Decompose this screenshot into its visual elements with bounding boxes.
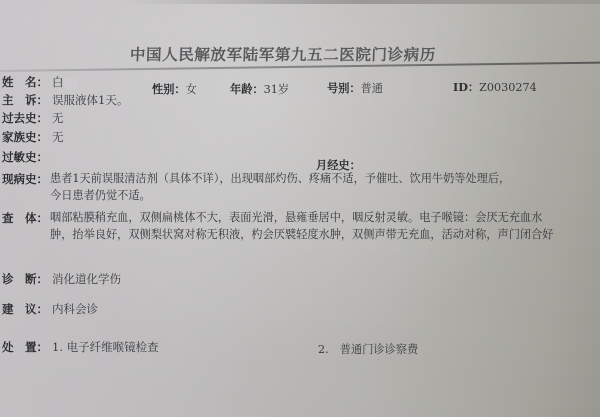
registration-type-field: 号别：普通 (327, 80, 383, 96)
disposition-item-1: 1. 电子纤维喉镜检查 (52, 340, 159, 354)
advice-row: 建 议：内科会诊 (2, 302, 98, 317)
id-label: ID： (453, 80, 479, 94)
past-history-row: 过去史：无 (2, 111, 64, 126)
sex-value: 女 (186, 83, 197, 96)
id-value: Z0030274 (479, 81, 537, 94)
name-redaction (64, 78, 78, 89)
document-title: 中国人民解放军陆军第九五二医院门诊病历 (130, 43, 491, 65)
disposition-label: 处 置： (2, 340, 52, 355)
disposition-row: 处 置：1. 电子纤维喉镜检查 (2, 340, 159, 355)
sex-label: 性别： (152, 82, 186, 96)
disposition-item-2-field: 2. 普通门诊诊察费 (318, 341, 418, 357)
diagnosis-value: 消化道化学伤 (52, 272, 121, 286)
advice-label: 建 议： (2, 302, 52, 317)
past-history-label: 过去史： (2, 111, 52, 126)
registration-type-value: 普通 (361, 82, 383, 95)
family-history-value: 无 (52, 130, 64, 144)
physical-exam-text: 咽部粘膜稍充血，双侧扁桃体不大，表面光滑，悬雍垂居中，咽反射灵敏。电子喉镜：会厌… (50, 210, 555, 243)
chief-complaint-label: 主 诉： (2, 93, 52, 108)
age-value: 31岁 (264, 83, 289, 96)
paper-edge-shadow (120, 0, 600, 4)
family-history-row: 家族史：无 (2, 130, 64, 145)
patient-name-row: 姓 名：白 (2, 75, 78, 90)
family-history-label: 家族史： (2, 130, 52, 145)
past-history-value: 无 (52, 111, 64, 125)
patient-name: 白 (52, 75, 64, 89)
age-label: 年龄： (230, 82, 264, 96)
sex-field: 性别：女 (152, 81, 197, 97)
registration-type-label: 号别： (327, 81, 361, 95)
present-illness-label-row: 现病史： (2, 172, 52, 187)
age-field: 年龄：31岁 (230, 81, 289, 97)
menstrual-history-label: 月经史： (316, 158, 361, 172)
id-field: ID：Z0030274 (453, 79, 537, 95)
advice-value: 内科会诊 (52, 302, 98, 316)
allergy-history-label: 过敏史： (2, 150, 52, 165)
diagnosis-label: 诊 断： (2, 272, 52, 287)
present-illness-label: 现病史： (2, 172, 52, 187)
name-label: 姓 名： (2, 75, 52, 90)
physical-exam-label-row: 查 体： (2, 211, 52, 226)
physical-exam-label: 查 体： (2, 211, 52, 226)
chief-complaint-value: 误服液体1天。 (52, 93, 128, 107)
allergy-history-row: 过敏史： (2, 150, 52, 165)
chief-complaint-row: 主 诉：误服液体1天。 (2, 93, 128, 108)
medical-record-sheet: 中国人民解放军陆军第九五二医院门诊病历 姓 名：白 性别：女 年龄：31岁 号别… (0, 0, 600, 417)
present-illness-text: 患者1天前误服清洁剂（具体不详），出现咽部灼伤、疼痛不适，予催吐、饮用牛奶等处理… (50, 171, 520, 204)
disposition-item-2: 2. 普通门诊诊察费 (318, 343, 418, 356)
diagnosis-row: 诊 断：消化道化学伤 (2, 272, 121, 287)
